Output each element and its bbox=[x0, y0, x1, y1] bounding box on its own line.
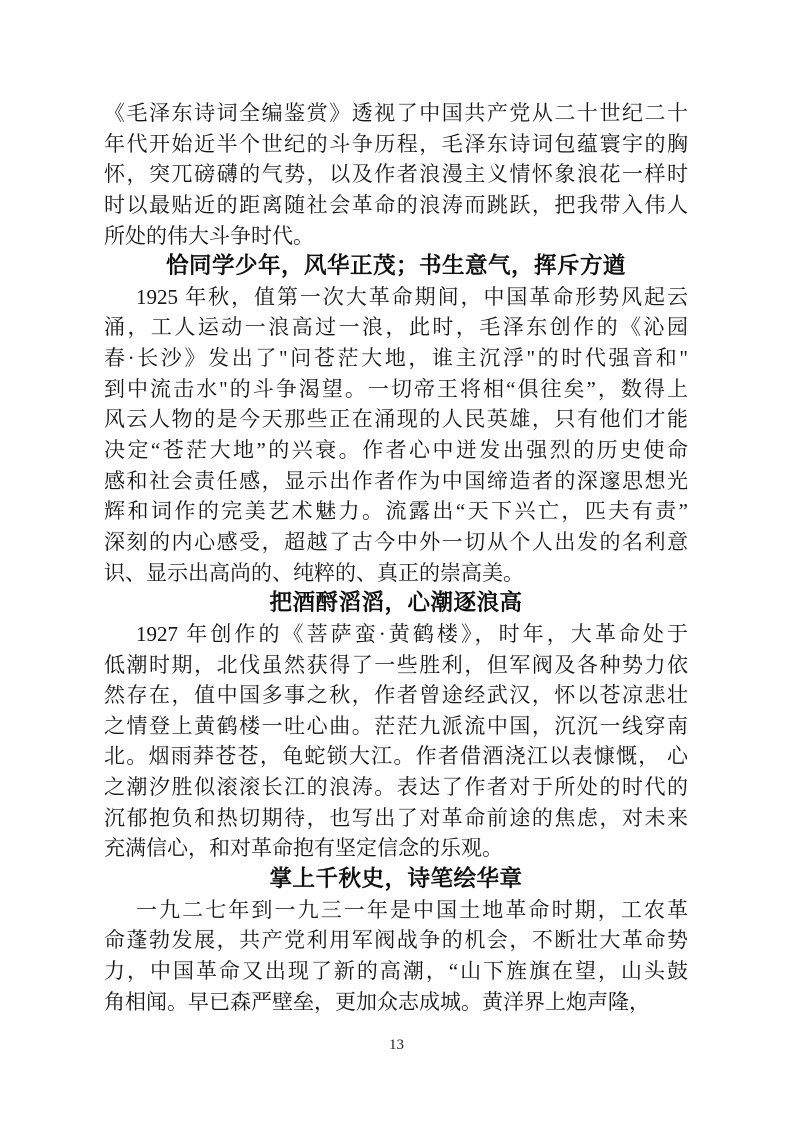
text-line: 时以最贴近的距离随社会革命的浪涛而跳跃，把我带入伟人 bbox=[104, 190, 688, 221]
paragraph: 一九二七年到一九三一年是中国土地革命时期，工农革命蓬勃发展，共产党利用军阀战争的… bbox=[104, 895, 688, 1018]
text-line: 感和社会责任感，显示出作者作为中国缔造者的深邃思想光 bbox=[104, 466, 688, 497]
text-line: 一九二七年到一九三一年是中国土地革命时期，工农革 bbox=[104, 895, 688, 926]
text-line: 春·长沙》发出了"问苍茫大地，谁主沉浮"的时代强音和" bbox=[104, 343, 688, 374]
paragraph: 《毛泽东诗词全编鉴赏》透视了中国共产党从二十世纪二十年代开始近半个世纪的斗争历程… bbox=[104, 98, 688, 251]
text-line: 深刻的内心感受，超越了古今中外一切从个人出发的名利意 bbox=[104, 527, 688, 558]
text-column: 《毛泽东诗词全编鉴赏》透视了中国共产党从二十世纪二十年代开始近半个世纪的斗争历程… bbox=[104, 98, 688, 1017]
text-line: 1927 年创作的《菩萨蛮·黄鹤楼》，时年，大革命处于 bbox=[104, 619, 688, 650]
text-line: 之潮汐胜似滚滚长江的浪涛。表达了作者对于所处的时代的 bbox=[104, 772, 688, 803]
text-line: 1925 年秋，值第一次大革命期间，中国革命形势风起云 bbox=[104, 282, 688, 313]
text-line: 所处的伟大斗争时代。 bbox=[104, 221, 688, 252]
paragraph: 1927 年创作的《菩萨蛮·黄鹤楼》，时年，大革命处于低潮时期，北伐虽然获得了一… bbox=[104, 619, 688, 864]
text-line: 力，中国革命又出现了新的高潮，“山下旌旗在望，山头鼓 bbox=[104, 956, 688, 987]
text-line: 北。烟雨莽苍苍，龟蛇锁大江。作者借酒浇江以表慷慨， 心 bbox=[104, 741, 688, 772]
text-line: 命蓬勃发展，共产党利用军阀战争的机会，不断壮大革命势 bbox=[104, 925, 688, 956]
section-heading: 把酒酹滔滔，心潮逐浪高 bbox=[104, 588, 688, 619]
text-line: 辉和词作的完美艺术魅力。流露出“天下兴亡，匹夫有责” bbox=[104, 496, 688, 527]
text-line: 充满信心，和对革命抱有坚定信念的乐观。 bbox=[104, 833, 688, 864]
page-number: 13 bbox=[0, 1037, 793, 1054]
section-heading: 掌上千秋史，诗笔绘华章 bbox=[104, 864, 688, 895]
text-line: 然存在，值中国多事之秋，作者曾途经武汉，怀以苍凉悲壮 bbox=[104, 680, 688, 711]
document-page: 《毛泽东诗词全编鉴赏》透视了中国共产党从二十世纪二十年代开始近半个世纪的斗争历程… bbox=[0, 0, 793, 1122]
text-line: 《毛泽东诗词全编鉴赏》透视了中国共产党从二十世纪二十 bbox=[104, 98, 688, 129]
text-line: 到中流击水"的斗争渴望。一切帝王将相“俱往矣”，数得上 bbox=[104, 374, 688, 405]
text-line: 年代开始近半个世纪的斗争历程，毛泽东诗词包蕴寰宇的胸 bbox=[104, 129, 688, 160]
text-line: 涌，工人运动一浪高过一浪，此时，毛泽东创作的《沁园 bbox=[104, 312, 688, 343]
text-line: 低潮时期，北伐虽然获得了一些胜利，但军阀及各种势力依 bbox=[104, 650, 688, 681]
section-heading: 恰同学少年，风华正茂；书生意气，挥斥方遒 bbox=[104, 251, 688, 282]
text-line: 风云人物的是今天那些正在涌现的人民英雄，只有他们才能 bbox=[104, 404, 688, 435]
text-line: 决定“苍茫大地”的兴衰。作者心中迸发出强烈的历史使命 bbox=[104, 435, 688, 466]
text-line: 识、显示出高尚的、纯粹的、真正的崇高美。 bbox=[104, 558, 688, 589]
text-line: 角相闻。早已森严壁垒，更加众志成城。黄洋界上炮声隆， bbox=[104, 987, 688, 1018]
text-line: 沉郁抱负和热切期待，也写出了对革命前途的焦虑，对未来 bbox=[104, 803, 688, 834]
text-line: 怀，突兀磅礴的气势，以及作者浪漫主义情怀象浪花一样时 bbox=[104, 159, 688, 190]
text-line: 之情登上黄鹤楼一吐心曲。茫茫九派流中国，沉沉一线穿南 bbox=[104, 711, 688, 742]
paragraph: 1925 年秋，值第一次大革命期间，中国革命形势风起云涌，工人运动一浪高过一浪，… bbox=[104, 282, 688, 588]
